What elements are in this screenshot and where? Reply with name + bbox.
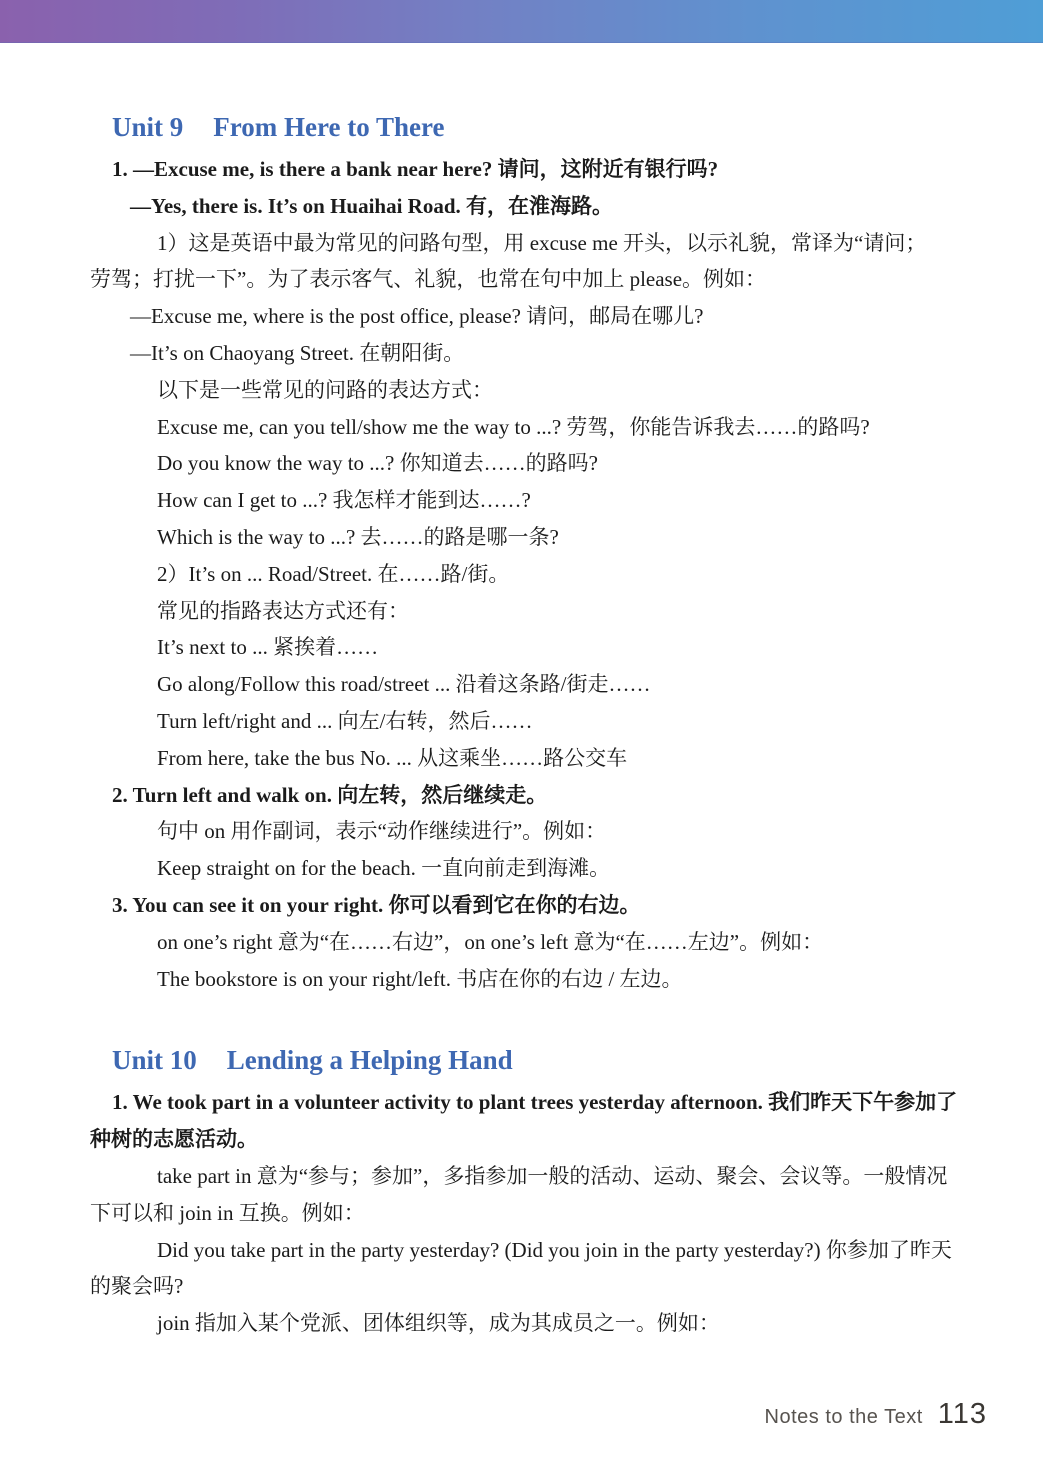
text-line: Do you know the way to ...? 你知道去……的路吗? [90, 445, 933, 482]
text-line: 常见的指路表达方式还有： [90, 593, 933, 630]
text-line: Turn left/right and ... 向左/右转，然后…… [90, 703, 933, 740]
unit-section-9: Unit 9From Here to There1. —Excuse me, i… [90, 107, 933, 997]
text-line: 1. We took part in a volunteer activity … [90, 1084, 933, 1121]
textbook-page: Unit 9From Here to There1. —Excuse me, i… [0, 0, 1043, 1474]
text-line: take part in 意为“参与；参加”，多指参加一般的活动、运动、聚会、会… [90, 1158, 933, 1195]
unit-label: Unit 10 [112, 1045, 197, 1075]
unit-heading: Unit 10Lending a Helping Hand [90, 1040, 933, 1080]
text-line: 的聚会吗? [90, 1268, 933, 1305]
unit-label: Unit 9 [112, 112, 183, 142]
footer-section-title: Notes to the Text [765, 1406, 923, 1429]
text-line: —Excuse me, where is the post office, pl… [90, 298, 933, 335]
text-line: —It’s on Chaoyang Street. 在朝阳街。 [90, 335, 933, 372]
text-line: 句中 on 用作副词，表示“动作继续进行”。例如： [90, 813, 933, 850]
text-line: Did you take part in the party yesterday… [90, 1232, 933, 1269]
unit-heading: Unit 9From Here to There [90, 107, 933, 147]
unit-title: Lending a Helping Hand [227, 1045, 513, 1075]
unit-section-10: Unit 10Lending a Helping Hand1. We took … [90, 1040, 933, 1342]
page-footer: Notes to the Text 113 [765, 1398, 987, 1431]
notes-content: Unit 9From Here to There1. —Excuse me, i… [90, 43, 933, 1342]
text-line: 种树的志愿活动。 [90, 1121, 933, 1158]
text-line: Go along/Follow this road/street ... 沿着这… [90, 666, 933, 703]
text-line: 3. You can see it on your right. 你可以看到它在… [90, 887, 933, 924]
text-line: on one’s right 意为“在……右边”，on one’s left 意… [90, 924, 933, 961]
text-line: 2. Turn left and walk on. 向左转，然后继续走。 [90, 777, 933, 814]
text-line: 1）这是英语中最为常见的问路句型，用 excuse me 开头，以示礼貌，常译为… [90, 225, 933, 262]
text-line: —Yes, there is. It’s on Huaihai Road. 有，… [90, 188, 933, 225]
unit-title: From Here to There [213, 112, 444, 142]
text-line: How can I get to ...? 我怎样才能到达……? [90, 482, 933, 519]
text-line: 2）It’s on ... Road/Street. 在……路/街。 [90, 556, 933, 593]
page-header-gradient-bar [0, 0, 1043, 43]
text-line: 1. —Excuse me, is there a bank near here… [90, 151, 933, 188]
text-line: 劳驾；打扰一下”。为了表示客气、礼貌，也常在句中加上 please。例如： [90, 261, 933, 298]
text-line: Keep straight on for the beach. 一直向前走到海滩… [90, 850, 933, 887]
footer-page-number: 113 [938, 1398, 987, 1431]
text-line: Excuse me, can you tell/show me the way … [90, 409, 933, 446]
text-line: From here, take the bus No. ... 从这乘坐……路公… [90, 740, 933, 777]
text-line: join 指加入某个党派、团体组织等，成为其成员之一。例如： [90, 1305, 933, 1342]
text-line: Which is the way to ...? 去……的路是哪一条? [90, 519, 933, 556]
text-line: It’s next to ... 紧挨着…… [90, 629, 933, 666]
text-line: 下可以和 join in 互换。例如： [90, 1195, 933, 1232]
text-line: 以下是一些常见的问路的表达方式： [90, 372, 933, 409]
text-line: The bookstore is on your right/left. 书店在… [90, 961, 933, 998]
